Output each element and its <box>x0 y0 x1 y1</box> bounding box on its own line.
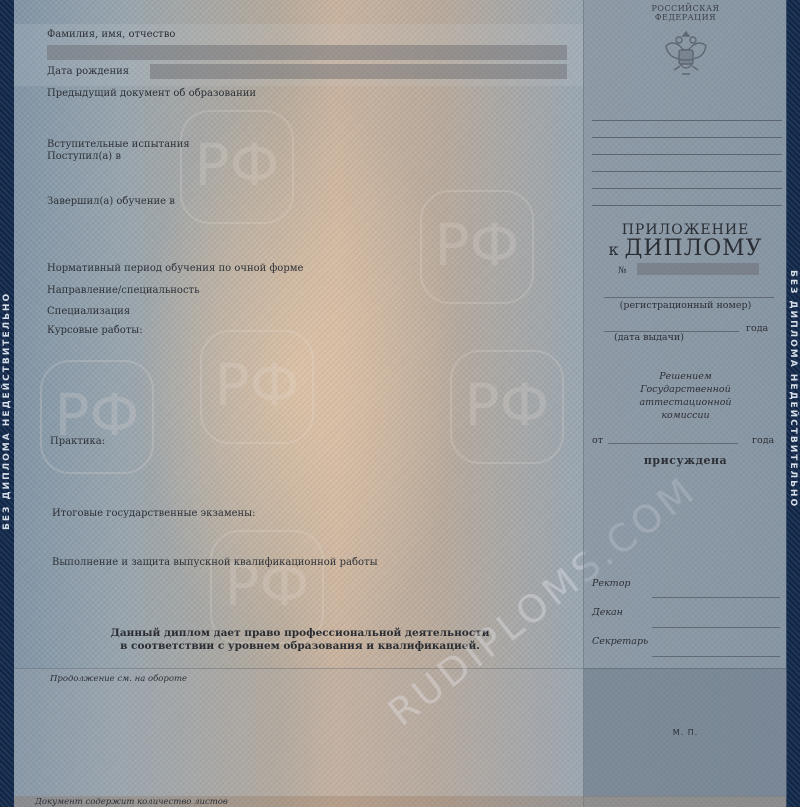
signature-rector-label: Ректор <box>592 578 631 589</box>
rf-watermark-mark: РФ <box>200 330 314 444</box>
continued-section <box>14 668 583 797</box>
direction-label: Направление/специальность <box>47 285 200 296</box>
rf-watermark-mark: РФ <box>450 350 564 464</box>
reg-number-caption: (регистрационный номер) <box>584 300 787 311</box>
entrance-exams-label: Вступительные испытания <box>47 139 190 150</box>
enrolled-label: Поступил(а) в <box>47 151 121 162</box>
ruled-lines <box>592 104 782 206</box>
continued-note: Продолжение см. на обороте <box>50 674 187 684</box>
rf-watermark-mark: РФ <box>420 190 534 304</box>
practice-label: Практика: <box>50 436 105 447</box>
decision-date-line <box>608 443 738 444</box>
coursework-label: Курсовые работы: <box>47 325 143 336</box>
title-diploma: ДИПЛОМУ <box>624 236 762 261</box>
number-sign: № <box>618 266 627 276</box>
diploma-number-value <box>637 263 759 275</box>
final-exams-label: Итоговые государственные экзамены: <box>52 508 256 519</box>
supplement-subtitle: кДИПЛОМУ <box>584 236 787 261</box>
completed-label: Завершил(а) обучение в <box>47 196 175 207</box>
specialization-label: Специализация <box>47 306 130 317</box>
decision-line: аттестационной <box>584 396 787 409</box>
security-border-right: БЕЗ ДИПЛОМА НЕДЕЙСТВИТЕЛЬНО <box>786 0 800 807</box>
full-name-value <box>47 45 567 60</box>
right-panel: РОССИЙСКАЯ ФЕДЕРАЦИЯ ПРИЛОЖЕНИЕ кДИПЛОМУ… <box>583 0 787 807</box>
signature-secretary-label: Секретарь <box>592 636 648 647</box>
country-line-2: ФЕДЕРАЦИЯ <box>584 13 787 22</box>
signature-rector-line <box>652 597 780 598</box>
full-name-label: Фамилия, имя, отчество <box>47 29 175 40</box>
thesis-label: Выполнение и защита выпускной квалификац… <box>52 557 378 568</box>
reg-number-line <box>604 297 774 298</box>
awarded-word: присуждена <box>584 454 787 467</box>
country-header: РОССИЙСКАЯ ФЕДЕРАЦИЯ <box>584 0 787 22</box>
country-line-1: РОССИЙСКАЯ <box>584 4 787 13</box>
security-border-left: БЕЗ ДИПЛОМА НЕДЕЙСТВИТЕЛЬНО <box>0 0 14 807</box>
commission-decision: Решением Государственной аттестационной … <box>584 370 787 422</box>
decision-line: Государственной <box>584 383 787 396</box>
prev-document-label: Предыдущий документ об образовании <box>47 88 256 99</box>
signature-dean-label: Декан <box>592 607 623 618</box>
decision-line: Решением <box>584 370 787 383</box>
diploma-supplement-sheet: РФ РФ РФ РФ РФ РФ БЕЗ ДИПЛОМА НЕДЕЙСТВИТ… <box>0 0 800 807</box>
birth-date-value <box>150 64 567 79</box>
coat-of-arms-icon <box>660 26 712 80</box>
stamp-place-label: М. П. <box>584 728 787 737</box>
signature-dean-line <box>652 627 780 628</box>
year-word: года <box>746 323 768 334</box>
rf-watermark-mark: РФ <box>40 360 154 474</box>
year-word: года <box>752 435 774 446</box>
issue-date-caption: (дата выдачи) <box>614 332 684 343</box>
security-strip-text: БЕЗ ДИПЛОМА НЕДЕЙСТВИТЕЛЬНО <box>788 270 798 508</box>
normative-period-label: Нормативный период обучения по очной фор… <box>47 263 303 274</box>
sheet-count-note: Документ содержит количество листов <box>35 797 228 807</box>
from-word: от <box>592 435 603 446</box>
signature-secretary-line <box>652 656 780 657</box>
rf-watermark-mark: РФ <box>180 110 294 224</box>
security-strip-text: БЕЗ ДИПЛОМА НЕДЕЙСТВИТЕЛЬНО <box>2 292 12 530</box>
birth-date-label: Дата рождения <box>47 66 129 77</box>
title-prefix: к <box>608 240 618 259</box>
decision-line: комиссии <box>584 409 787 422</box>
